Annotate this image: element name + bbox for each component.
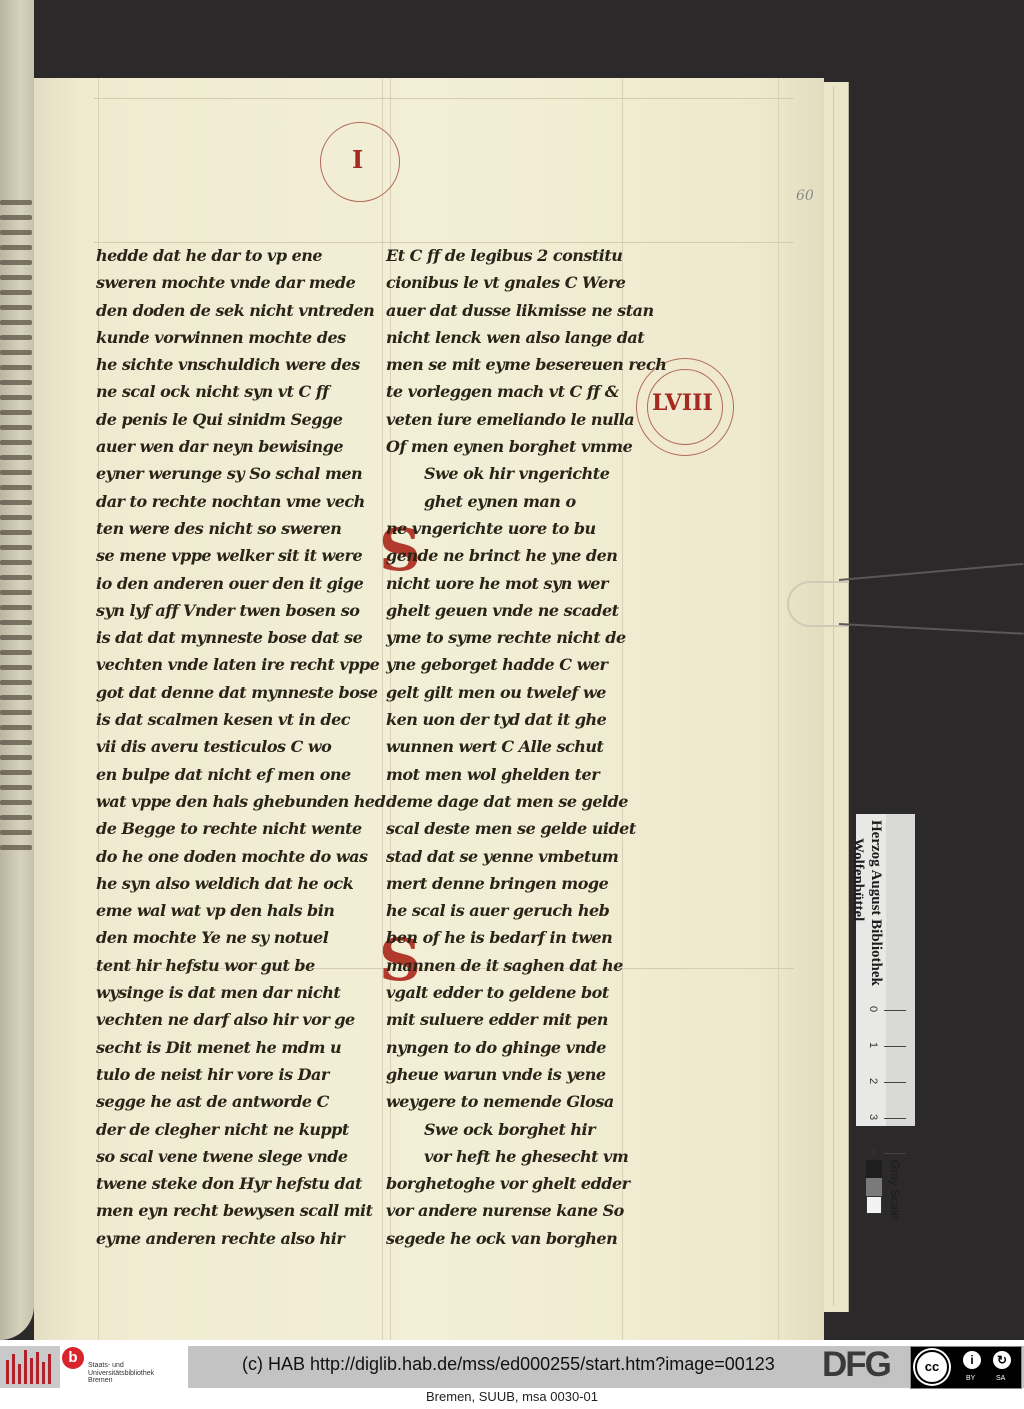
text-line: mit suluere edder mit pen (386, 1006, 666, 1033)
ruler-tick (884, 1118, 906, 1119)
text-line: ne scal ock nicht syn vt C ff (96, 378, 385, 405)
ruler-label: 3 (867, 1114, 879, 1120)
text-line: ne vngerichte uore to bu (386, 515, 666, 542)
text-line: gheue warun vnde is yene (386, 1061, 666, 1088)
text-line: yme to syme rechte nicht de (386, 624, 666, 651)
text-line: den doden de sek nicht vntreden (96, 297, 385, 324)
manuscript-page: 60 I LVIII S S hedde dat he dar to vp en… (34, 78, 824, 1340)
text-line: gelt gilt men ou twelef we (386, 679, 666, 706)
copyright-bar: (c) HAB http://diglib.hab.de/mss/ed00025… (188, 1346, 1024, 1388)
text-line: weygere to nemende Glosa (386, 1088, 666, 1115)
text-line: vgalt edder to geldene bot (386, 979, 666, 1006)
shelfmark: Bremen, SUUB, msa 0030-01 (0, 1389, 1024, 1404)
text-line: nyngen to do ghinge vnde (386, 1034, 666, 1061)
text-line: vii dis averu testiculos C wo (96, 733, 385, 760)
gray-swatch-dark (866, 1160, 882, 1178)
text-line: so scal vene twene slege vnde (96, 1143, 385, 1170)
text-line: he scal is auer geruch heb (386, 897, 666, 924)
text-line: io den anderen ouer den it gige (96, 570, 385, 597)
text-line: eyner werunge sy So schal men (96, 460, 385, 487)
text-line: wunnen wert C Alle schut (386, 733, 666, 760)
text-line: eme wal wat vp den hals bin (96, 897, 385, 924)
text-line: mannen de it saghen dat he (386, 952, 666, 979)
text-line: borghetoghe vor ghelt edder (386, 1170, 666, 1197)
folio-number: 60 (796, 188, 814, 204)
text-line: yne geborget hadde C wer (386, 651, 666, 678)
text-line: ben of he is bedarf in twen (386, 924, 666, 951)
ruler-tick (884, 1046, 906, 1047)
text-line: do he one doden mochte do was (96, 843, 385, 870)
scale-bar-ruler-panel (886, 814, 915, 1126)
text-line: segede he ock van borghen (386, 1225, 666, 1252)
clip-wire (839, 563, 1023, 581)
suub-library-logo[interactable]: b Staats- und Universitätsbibliothek Bre… (60, 1346, 188, 1388)
by-label: BY (966, 1375, 975, 1382)
clip-loop (787, 581, 849, 627)
text-line: sweren mochte vnde dar mede (96, 269, 385, 296)
ruling-line (94, 98, 794, 99)
library-name-line: Bremen (88, 1377, 154, 1385)
text-line: gende ne brinct he yne den (386, 542, 666, 569)
text-line: ghet eynen man o (386, 488, 666, 515)
text-line: he syn also weldich dat he ock (96, 870, 385, 897)
rubric-heading: Of men eynen borghet vmme (386, 433, 666, 460)
attribution-icon: i (963, 1351, 981, 1369)
left-text-column: hedde dat he dar to vp ene sweren mochte… (96, 242, 385, 1252)
text-line: cionibus le vt gnales C Were (386, 269, 666, 296)
scale-institution-city: Wolfenbüttel (849, 838, 866, 921)
manuscript-viewer: 60 I LVIII S S hedde dat he dar to vp en… (0, 0, 1024, 1340)
text-line: is dat scalmen kesen vt in dec (96, 706, 385, 733)
gray-swatch-mid (866, 1178, 882, 1196)
suub-barcode-logo (0, 1346, 60, 1388)
text-line: de penis le Qui sinidm Segge (96, 406, 385, 433)
text-line: segge he ast de antworde C (96, 1088, 385, 1115)
text-line: tent hir hefstu wor gut be (96, 952, 385, 979)
ruler-label: 0 (867, 1006, 879, 1012)
text-line: men se mit eyme besereuen rech (386, 351, 666, 378)
page-clip (787, 575, 1024, 635)
text-line: vechten ne darf also hir vor ge (96, 1006, 385, 1033)
text-line: twene steke don Hyr hefstu dat (96, 1170, 385, 1197)
text-line: en bulpe dat nicht ef men one (96, 761, 385, 788)
text-line: veten iure emeliando le nulla (386, 406, 666, 433)
text-line: nicht lenck wen also lange dat (386, 324, 666, 351)
ruler-tick (884, 1153, 906, 1154)
scale-institution-name: Herzog August Bibliothek (867, 820, 884, 986)
text-line: Et C ff de legibus 2 constitu (386, 242, 666, 269)
text-line: vechten vnde laten ire recht vppe (96, 651, 385, 678)
text-line: vor heft he ghesecht vm (386, 1143, 666, 1170)
copyright-link[interactable]: (c) HAB http://diglib.hab.de/mss/ed00025… (242, 1354, 775, 1375)
rubric-numeral-top: I (352, 145, 363, 174)
sa-label: SA (996, 1375, 1005, 1382)
text-line: de Begge to rechte nicht wente (96, 815, 385, 842)
text-line: deme dage dat men se gelde (386, 788, 666, 815)
rubric-circle-top: I (320, 122, 400, 202)
text-line: mert denne bringen moge (386, 870, 666, 897)
text-line: ghelt geuen vnde ne scadet (386, 597, 666, 624)
ruler-tick (884, 1082, 906, 1083)
text-line: tulo de neist hir vore is Dar (96, 1061, 385, 1088)
text-line: wysinge is dat men dar nicht (96, 979, 385, 1006)
library-name-line: Staats- und (88, 1362, 154, 1370)
text-line: men eyn recht bewysen scall mit (96, 1197, 385, 1224)
facing-page-text (0, 190, 32, 860)
ruler-label: 2 (867, 1078, 879, 1084)
text-line: dar to rechte nochtan vme vech (96, 488, 385, 515)
text-line: ken uon der tyd dat it ghe (386, 706, 666, 733)
text-line: den mochte Ye ne sy notuel (96, 924, 385, 951)
text-line: eyme anderen rechte also hir (96, 1225, 385, 1252)
ruler-label: 4 (867, 1149, 879, 1155)
text-line: got dat denne dat mynneste bose (96, 679, 385, 706)
text-line: kunde vorwinnen mochte des (96, 324, 385, 351)
text-line: scal deste men se gelde uidet (386, 815, 666, 842)
gray-swatch-light (866, 1196, 882, 1214)
text-line: auer dat dusse likmisse ne stan (386, 297, 666, 324)
ruler-tick (884, 1010, 906, 1011)
cc-license-badge[interactable]: cc i ↻ BY SA (910, 1346, 1022, 1389)
dfg-logo[interactable]: DFG (822, 1345, 890, 1385)
text-line: wat vppe den hals ghebunden hed (96, 788, 385, 815)
ruling-line (778, 78, 779, 1340)
text-line: vor andere nurense kane So (386, 1197, 666, 1224)
library-name: Staats- und Universitätsbibliothek Breme… (88, 1362, 154, 1385)
text-line: hedde dat he dar to vp ene (96, 242, 385, 269)
right-text-column: Et C ff de legibus 2 constitu cionibus l… (386, 242, 666, 1252)
facing-page-edge (0, 0, 34, 1340)
text-line: der de clegher nicht ne kuppt (96, 1116, 385, 1143)
text-line: syn lyf aff Vnder twen bosen so (96, 597, 385, 624)
text-line: Swe ock borghet hir (386, 1116, 666, 1143)
text-line: auer wen dar neyn bewisinge (96, 433, 385, 460)
text-line: he sichte vnschuldich were des (96, 351, 385, 378)
cc-icon: cc (915, 1350, 949, 1384)
clip-wire (839, 623, 1024, 635)
library-name-line: Universitätsbibliothek (88, 1370, 154, 1378)
gray-scale-label: Gray Scale (888, 1160, 902, 1219)
text-line: ten were des nicht so sweren (96, 515, 385, 542)
share-alike-icon: ↻ (993, 1351, 1011, 1369)
text-line: stad dat se yenne vmbetum (386, 843, 666, 870)
text-line: nicht uore he mot syn wer (386, 570, 666, 597)
text-line: te vorleggen mach vt C ff & (386, 378, 666, 405)
text-line: mot men wol ghelden ter (386, 761, 666, 788)
text-line: is dat dat mynneste bose dat se (96, 624, 385, 651)
page-stack-edge-inner (833, 86, 848, 1306)
text-line: secht is Dit menet he mdm u (96, 1034, 385, 1061)
text-line: se mene vppe welker sit it were (96, 542, 385, 569)
text-line: Swe ok hir vngerichte (386, 460, 666, 487)
ruler-label: 1 (867, 1042, 879, 1048)
library-logo-b-icon: b (62, 1347, 84, 1369)
